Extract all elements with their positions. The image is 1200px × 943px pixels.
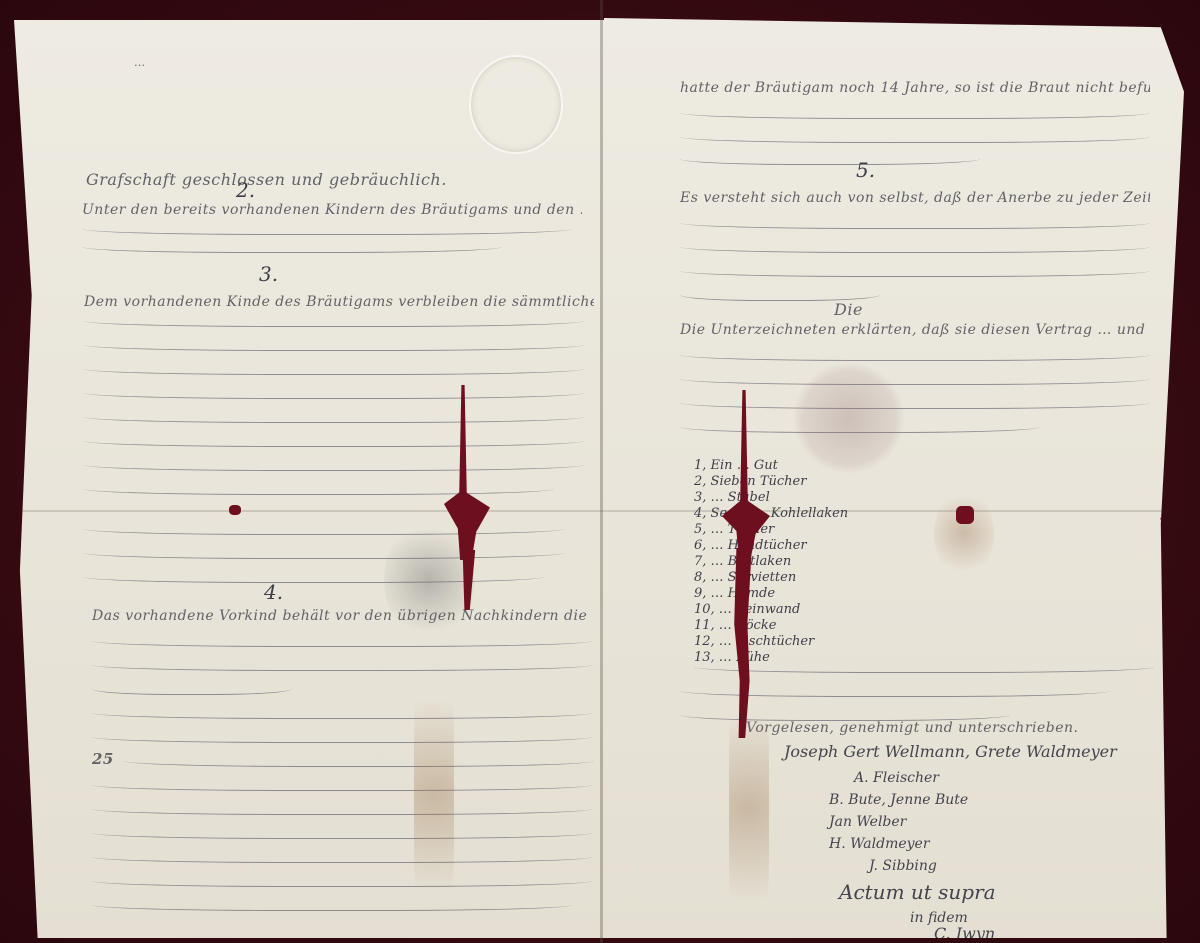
handwritten-line [92,824,592,839]
handwritten-line [124,752,594,767]
declaration-text: Die Unterzeichneten erklärten, daß sie d… [680,322,1150,338]
section-2-text: Unter den bereits vorhandenen Kindern de… [82,202,582,218]
signature: Joseph Gert Wellmann, Grete Waldmeyer [784,742,1117,761]
embossed-seal [469,55,563,154]
list-item: 12, … Tischtücher [694,634,814,649]
section-3-text: Dem vorhandenen Kinde des Bräutigams ver… [84,294,594,310]
water-stain [414,660,454,930]
handwritten-line [680,104,1150,119]
handwritten-line [680,262,1150,277]
handwritten-line [82,238,502,253]
handwritten-line [84,312,584,327]
list-item: 1, Ein … Gut [694,458,778,473]
section-4-text: Das vorhandene Vorkind behält vor den üb… [92,608,592,624]
hole [956,506,974,524]
section-number-3: 3. [259,262,278,286]
list-item: 2, Sieben Tücher [694,474,806,489]
handwritten-line [680,286,880,301]
handwritten-line [680,214,1150,229]
handwritten-line [84,432,584,447]
opening-lines: hatte der Bräutigam noch 14 Jahre, so is… [680,80,1150,96]
tear-upper [740,390,748,510]
handwritten-line [92,632,592,647]
handwritten-line [680,238,1150,253]
water-stain [934,488,994,578]
handwritten-line [92,800,592,815]
section-number-2: 2. [236,178,255,202]
corner-mark: … [134,56,146,69]
left-page: … Grafschaft geschlossen und gebräuchlic… [14,20,604,938]
handwritten-line [680,394,1150,409]
handwritten-line [92,848,592,863]
handwritten-line [680,128,1150,143]
handwritten-line [92,656,592,671]
handwritten-line [82,220,572,235]
die-heading: Die [834,300,863,319]
opening-line: Grafschaft geschlossen und gebräuchlich. [86,170,447,189]
handwritten-line [84,336,584,351]
handwritten-line [84,480,554,495]
handwritten-line [92,896,572,911]
list-item: 3, … Stabel [694,490,770,505]
handwritten-line [84,384,584,399]
handwritten-line [84,520,564,535]
handwritten-line [84,456,584,471]
right-page: hatte der Bräutigam noch 14 Jahre, so is… [604,18,1184,938]
signature: A. Fleischer [854,770,939,786]
handwritten-line [84,544,564,559]
ink-seal [794,363,904,473]
handwritten-line [92,872,592,887]
handwritten-line [694,658,1154,673]
list-item: 9, … Hemde [694,586,775,601]
tear-upper [459,385,467,505]
handwritten-line [84,408,584,423]
handwritten-line [92,704,592,719]
handwritten-line [92,776,592,791]
horizontal-fold [14,510,604,512]
handwritten-line [84,360,584,375]
number-25: 25 [92,750,114,768]
actum-ut-supra: Actum ut supra [839,880,996,904]
closing-line: Vorgelesen, genehmigt und unterschrieben… [746,720,1079,736]
handwritten-line [680,150,980,165]
handwritten-line [92,728,592,743]
water-stain [729,678,769,938]
signature: Jan Welber [829,814,906,830]
section-number-5: 5. [856,158,875,182]
list-item: 4, Sechs … Kohlellaken [694,506,848,521]
section-5-text: Es versteht sich auch von selbst, daß de… [680,190,1150,206]
signature: H. Waldmeyer [829,836,930,852]
section-number-4: 4. [264,580,283,604]
handwritten-line [84,568,544,583]
signature: B. Bute, Jenne Bute [829,792,968,808]
horizontal-fold [604,510,1184,512]
itemized-list: 1, Ein … Gut 2, Sieben Tücher 3, … Stabe… [694,458,894,678]
center-fold [600,0,603,943]
signature: J. Sibbing [869,858,937,874]
hole [229,505,241,515]
handwritten-line [92,680,292,695]
handwritten-line [680,370,1150,385]
handwritten-line [680,346,1150,361]
